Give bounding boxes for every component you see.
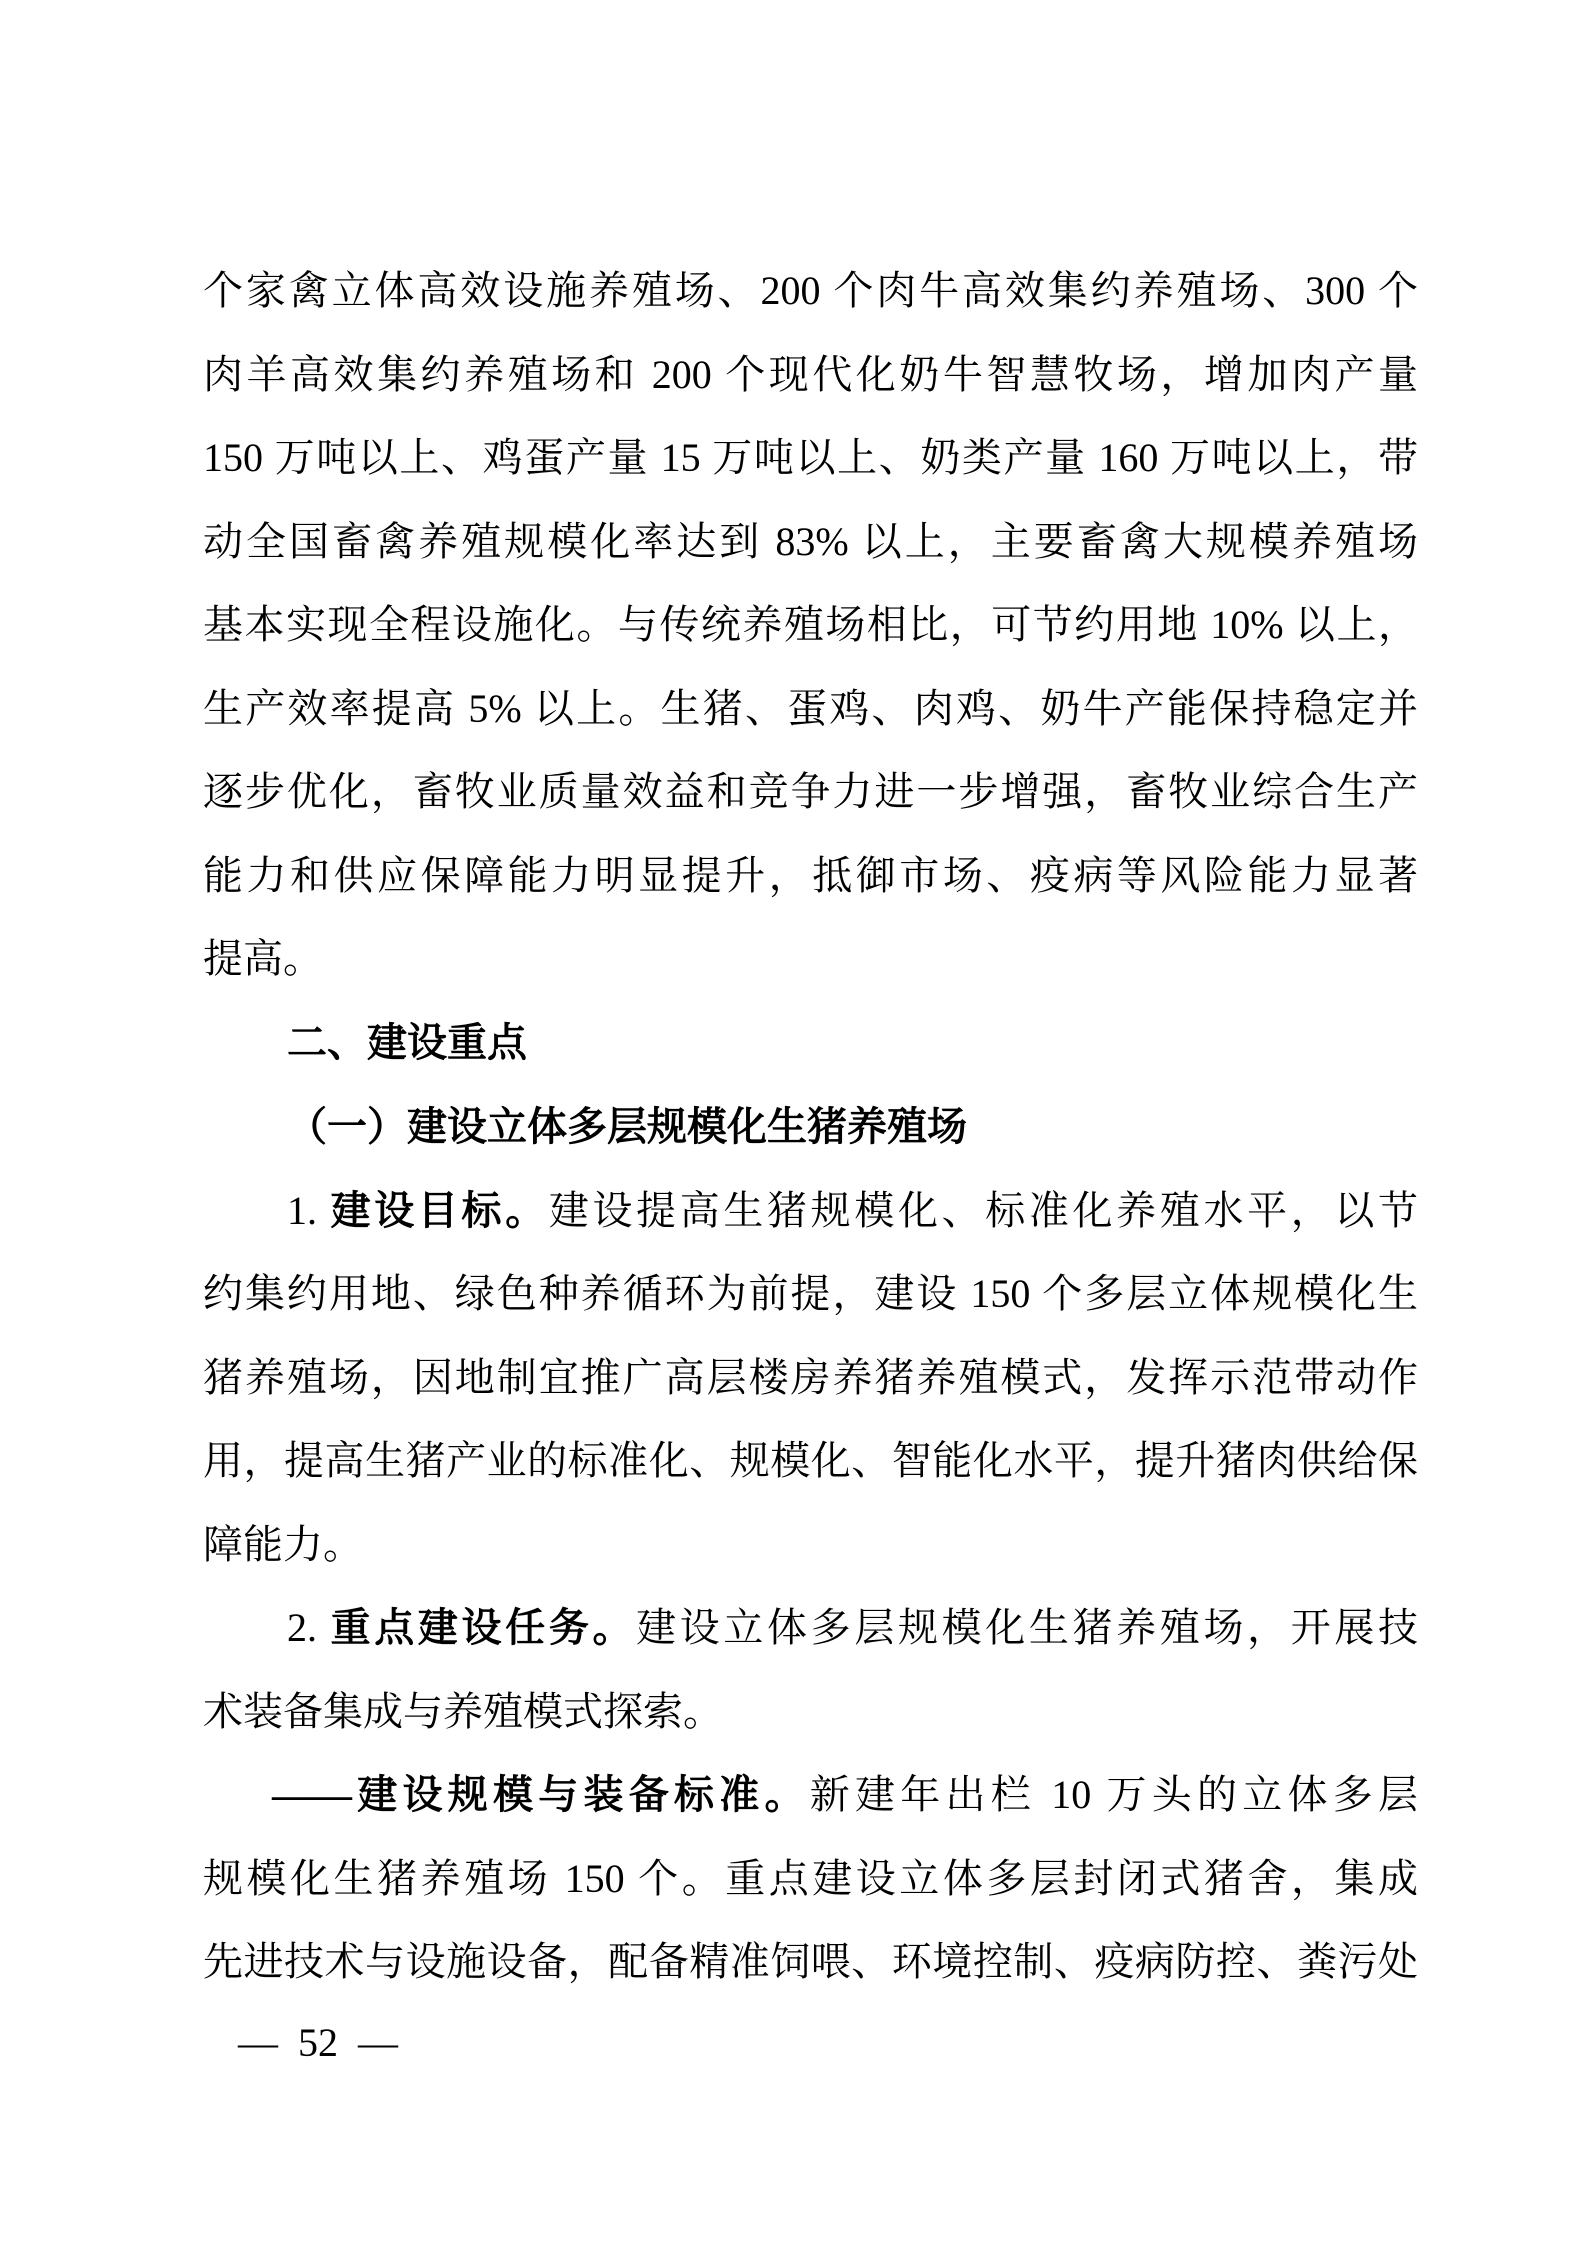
text-line: 2. 重点建设任务。建设立体多层规模化生猪养殖场，开展技 [203,1586,1418,1670]
text-line: 二、建设重点 [203,1001,1418,1086]
text-run: 约集约用地、绿色种养循环为前提，建设 150 个多层立体规模化生 [203,1271,1418,1316]
text-line: ——建设规模与装备标准。新建年出栏 10 万头的立体多层 [203,1753,1418,1837]
text-run: 障能力。 [203,1522,363,1567]
text-line: 用，提高生猪产业的标准化、规模化、智能化水平，提升猪肉供给保 [203,1419,1418,1503]
text-run: 2. [287,1605,331,1650]
text-run: 基本实现全程设施化。与传统养殖场相比，可节约用地 10% 以上， [203,602,1418,647]
text-run: 术装备集成与养殖模式探索。 [203,1689,723,1734]
text-run: 规模化生猪养殖场 150 个。重点建设立体多层封闭式猪舍，集成 [203,1856,1418,1901]
text-run: 提高。 [203,936,323,981]
text-line: 1. 建设目标。建设提高生猪规模化、标准化养殖水平，以节 [203,1169,1418,1253]
text-line: 生产效率提高 5% 以上。生猪、蛋鸡、肉鸡、奶牛产能保持稳定并 [203,667,1418,751]
text-line: 动全国畜禽养殖规模化率达到 83% 以上，主要畜禽大规模养殖场 [203,500,1418,584]
text-run: 能力和供应保障能力明显提升，抵御市场、疫病等风险能力显著 [203,853,1418,898]
text-line: 先进技术与设施设备，配备精准饲喂、环境控制、疫病防控、粪污处 [203,1920,1418,2004]
text-line: 肉羊高效集约养殖场和 200 个现代化奶牛智慧牧场，增加肉产量 [203,333,1418,417]
text-line: 能力和供应保障能力明显提升，抵御市场、疫病等风险能力显著 [203,834,1418,918]
text-run: 肉羊高效集约养殖场和 200 个现代化奶牛智慧牧场，增加肉产量 [203,352,1418,397]
text-line: （一）建设立体多层规模化生猪养殖场 [203,1085,1418,1169]
document-body: 个家禽立体高效设施养殖场、200 个肉牛高效集约养殖场、300 个肉羊高效集约养… [203,249,1418,2004]
text-run: 动全国畜禽养殖规模化率达到 83% 以上，主要畜禽大规模养殖场 [203,519,1418,564]
text-line: 猪养殖场，因地制宜推广高层楼房养猪养殖模式，发挥示范带动作 [203,1336,1418,1420]
text-line: 基本实现全程设施化。与传统养殖场相比，可节约用地 10% 以上， [203,583,1418,667]
text-line: 规模化生猪养殖场 150 个。重点建设立体多层封闭式猪舍，集成 [203,1837,1418,1921]
text-line: 150 万吨以上、鸡蛋产量 15 万吨以上、奶类产量 160 万吨以上，带 [203,416,1418,500]
text-run: 个家禽立体高效设施养殖场、200 个肉牛高效集约养殖场、300 个 [203,268,1418,313]
heading-run: （一）建设立体多层规模化生猪养殖场 [287,1104,967,1149]
text-run: 猪养殖场，因地制宜推广高层楼房养猪养殖模式，发挥示范带动作 [203,1355,1418,1400]
text-run: 1. [287,1188,331,1233]
text-line: 个家禽立体高效设施养殖场、200 个肉牛高效集约养殖场、300 个 [203,249,1418,333]
text-line: 术装备集成与养殖模式探索。 [203,1670,1418,1754]
text-run: 150 万吨以上、鸡蛋产量 15 万吨以上、奶类产量 160 万吨以上，带 [203,435,1418,480]
text-line: 逐步优化，畜牧业质量效益和竞争力进一步增强，畜牧业综合生产 [203,750,1418,834]
text-run: 新建年出栏 10 万头的立体多层 [810,1772,1418,1817]
text-run: 用，提高生猪产业的标准化、规模化、智能化水平，提升猪肉供给保 [203,1438,1418,1483]
heading-run: 二、建设重点 [287,1021,527,1065]
page-footer: — 52 — [238,2021,398,2065]
text-run: 建设提高生猪规模化、标准化养殖水平，以节 [549,1188,1418,1233]
page-number: — 52 — [238,2020,398,2065]
heading-run: ——建设规模与装备标准。 [272,1772,810,1817]
text-line: 障能力。 [203,1503,1418,1587]
text-run: 建设立体多层规模化生猪养殖场，开展技 [636,1605,1418,1650]
text-line: 提高。 [203,917,1418,1001]
text-line: 约集约用地、绿色种养循环为前提，建设 150 个多层立体规模化生 [203,1252,1418,1336]
text-run: 生产效率提高 5% 以上。生猪、蛋鸡、肉鸡、奶牛产能保持稳定并 [203,686,1418,731]
text-run: 先进技术与设施设备，配备精准饲喂、环境控制、疫病防控、粪污处 [203,1939,1418,1984]
document-page: 个家禽立体高效设施养殖场、200 个肉牛高效集约养殖场、300 个肉羊高效集约养… [0,0,1587,2245]
heading-run: 重点建设任务。 [331,1605,636,1650]
heading-run: 建设目标。 [331,1188,549,1233]
text-run: 逐步优化，畜牧业质量效益和竞争力进一步增强，畜牧业综合生产 [203,769,1418,814]
